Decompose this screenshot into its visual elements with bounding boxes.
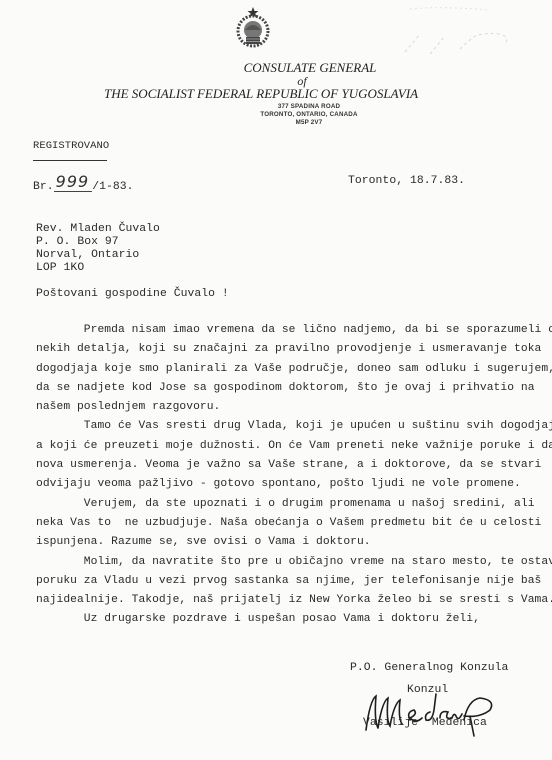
letterhead-line1: CONSULATE GENERAL (244, 60, 377, 75)
letter-body: Premda nisam imao vremena da se lično na… (36, 321, 552, 630)
closing-line: P.O. Generalnog Konzula (350, 662, 508, 674)
body-line: a koji će preuzeti moje dužnosti. On će … (36, 437, 552, 456)
body-line: Premda nisam imao vremena da se lično na… (36, 321, 552, 340)
reference-number: Br.999/1-83. (33, 174, 134, 193)
recipient-city: Norval, Ontario (36, 249, 160, 262)
ref-handwritten-number: 999 (54, 172, 93, 192)
address-street: 377 SPADINA ROAD (278, 103, 340, 110)
registration-underline (33, 160, 107, 161)
body-line: Verujem, da ste upoznati i o drugim prom… (36, 495, 552, 514)
ref-suffix: /1-83. (92, 181, 133, 193)
letterhead-address-line: TORONTO, ONTARIO, CANADA (0, 111, 552, 118)
body-line: Tamo će Vas sresti drug Vlada, koji je u… (36, 417, 552, 436)
body-line: najidealnije. Takodje, naš prijatelj iz … (36, 591, 552, 610)
letterhead-country: THE SOCIALIST FEDERAL REPUBLIC OF YUGOSL… (104, 86, 418, 102)
body-line: Molim, da navratite što pre u običajno v… (36, 553, 552, 572)
body-line: dogodjaja koje smo planirali za Vaše pod… (36, 360, 552, 379)
faint-stamp-mark (400, 4, 540, 64)
letterhead-address-line: 377 SPADINA ROAD (0, 103, 552, 110)
recipient-name: Rev. Mladen Čuvalo (36, 223, 160, 236)
signature-icon (360, 690, 510, 738)
letter-page: CONSULATE GENERAL of THE SOCIALIST FEDER… (0, 0, 552, 760)
letter-date: Toronto, 18.7.83. (348, 175, 465, 187)
body-line: našem poslednjem razgovoru. (36, 398, 552, 417)
body-line: odvijaju veoma pažljivo - gotovo spontan… (36, 475, 552, 494)
body-line: neka Vas to ne uzbudjuje. Naša obećanja … (36, 514, 552, 533)
recipient-address: Rev. Mladen ČuvaloP. O. Box 97Norval, On… (36, 223, 160, 275)
recipient-po-box: P. O. Box 97 (36, 236, 160, 249)
salutation: Poštovani gospodine Čuvalo ! (36, 288, 229, 300)
body-line: nova usmerenja. Veoma je važno sa Vaše s… (36, 456, 552, 475)
recipient-postal-code: LOP 1KO (36, 262, 160, 275)
coat-of-arms-icon (234, 6, 272, 50)
ref-prefix: Br. (33, 181, 54, 193)
body-line: nekih detalja, koji su značajni za pravi… (36, 340, 552, 359)
body-line: Uz drugarske pozdrave i uspešan posao Va… (36, 610, 552, 629)
body-line: da se nadjete kod Jose sa gospodinom dok… (36, 379, 552, 398)
address-city: TORONTO, ONTARIO, CANADA (260, 111, 357, 118)
body-line: poruku za Vladu u vezi prvog sastanka sa… (36, 572, 552, 591)
registration-stamp: REGISTROVANO (33, 140, 109, 152)
body-line: ispunjena. Razume se, sve ovisi o Vama i… (36, 533, 552, 552)
signer-name: Vasilije Medenica (363, 717, 487, 729)
letterhead-address-line: M5P 2V7 (0, 119, 552, 126)
address-postal: M5P 2V7 (296, 119, 323, 126)
